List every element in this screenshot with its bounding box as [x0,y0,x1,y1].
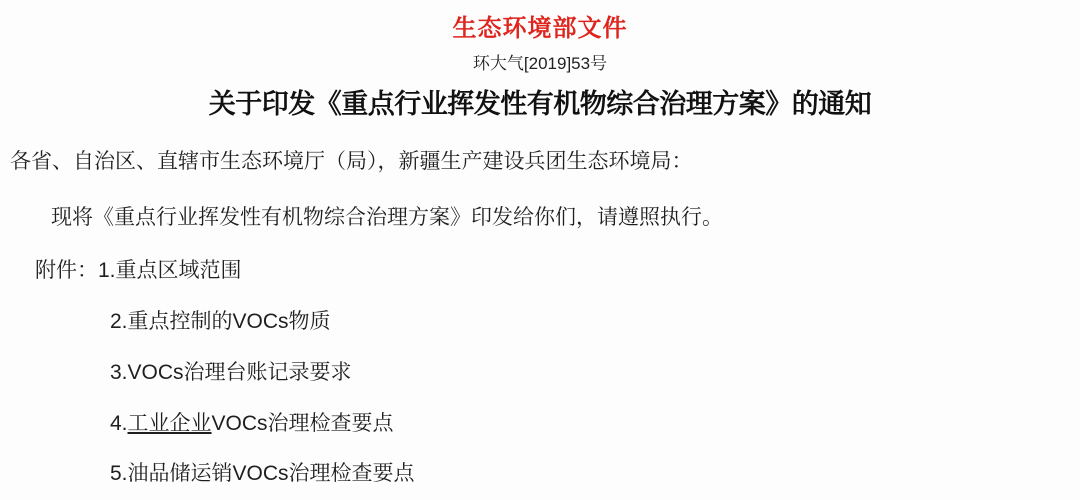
document-page: 生态环境部文件 环大气[2019]53号 关于印发《重点行业挥发性有机物综合治理… [0,0,1080,500]
attachment-item: 2.重点控制的VOCs物质 [110,310,331,334]
attachment-item-text: 油品储运销VOCs治理检查要点 [128,462,415,485]
body-paragraph: 现将《重点行业挥发性有机物综合治理方案》印发给你们，请遵照执行。 [51,206,723,230]
attachment-item: 3.VOCs治理台账记录要求 [110,361,352,385]
attachment-item: 5.油品储运销VOCs治理检查要点 [110,462,415,486]
document-org-title: 生态环境部文件 [0,15,1080,43]
attachment-item-number: 3. [110,361,128,384]
attachment-item-text: VOCs治理检查要点 [212,412,394,435]
attachment-item-link[interactable]: 工业企业 [128,412,212,435]
attachment-item-number: 4. [110,412,128,435]
attachment-item-text: 重点区域范围 [116,259,242,282]
document-number: 环大气[2019]53号 [0,54,1080,74]
attachment-item-number: 5. [110,462,128,485]
attachment-item: 4.工业企业VOCs治理检查要点 [110,412,394,436]
attachments-first-line: 附件：1.重点区域范围 [35,259,242,283]
document-title: 关于印发《重点行业挥发性有机物综合治理方案》的通知 [0,89,1080,120]
attachment-item-text: VOCs治理台账记录要求 [128,361,352,384]
salutation-line: 各省、自治区、直辖市生态环境厅（局），新疆生产建设兵团生态环境局： [10,150,693,174]
attachments-label: 附件： [35,259,98,282]
attachment-item-number: 2. [110,310,128,333]
attachment-item-number: 1. [98,259,116,282]
attachment-item-text: 重点控制的VOCs物质 [128,310,331,333]
